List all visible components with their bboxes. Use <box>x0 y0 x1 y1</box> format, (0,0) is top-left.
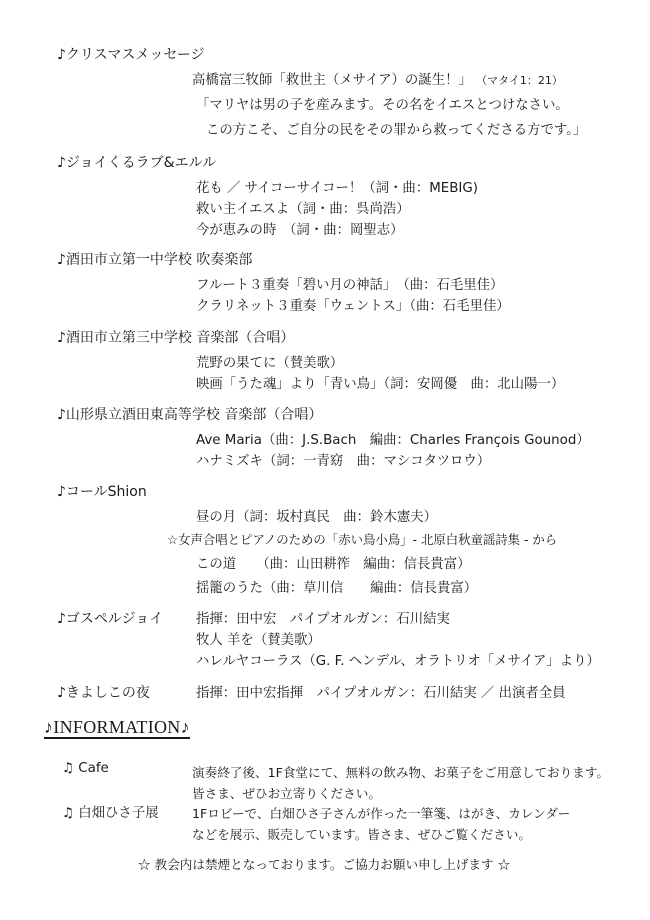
program-item: 映画「うた魂」より「青い鳥」（詞：安岡優 曲：北山陽一） <box>196 373 564 392</box>
section-heading-higashi-high-choir: ♪山形県立酒田東高等学校 音楽部（合唱） <box>57 404 322 424</box>
scripture-quote-line-1: 「マリヤは男の子を産みます。その名をイエスとつけなさい。 <box>196 94 569 113</box>
info-label-cafe: ♫ Cafe <box>62 761 109 776</box>
section-heading-silent-night: ♪きよしこの夜 <box>57 682 150 702</box>
section-heading-christmas-message: ♪クリスマスメッセージ <box>57 44 205 64</box>
program-item: ハナミズキ（詞：一青窈 曲：マシコタツロウ） <box>196 450 490 469</box>
program-item: ハレルヤコーラス（G. F. ヘンデル、オラトリオ「メサイア」より） <box>196 650 600 669</box>
info-text: などを展示、販売しています。皆さま、ぜひご覧ください。 <box>192 824 531 843</box>
scripture-reference: （マタイ1：21） <box>476 74 563 87</box>
conductor-line: 指揮：田中宏 パイプオルガン：石川結実 <box>196 608 450 627</box>
program-item: この道 （曲：山田耕筰 編曲：信長貴富） <box>196 553 471 572</box>
section-heading-gospel-joy: ♪ゴスペルジョイ <box>57 608 163 628</box>
scripture-quote-line-2: この方こそ、ご自分の民をその罪から救ってくださる方です。」 <box>206 119 586 138</box>
info-text: 演奏終了後、1F食堂にて、無料の飲み物、お菓子をご用意しております。 <box>192 762 609 781</box>
program-item: 荒野の果てに（賛美歌） <box>196 352 343 371</box>
info-text: 1Fロビーで、白畑ひさ子さんが作った一筆箋、はがき、カレンダー <box>192 803 570 822</box>
section-heading-daisan-choir: ♪酒田市立第三中学校 音楽部（合唱） <box>57 327 294 347</box>
sermon-title-text: 高橋富三牧師「救世主（メサイア）の誕生！」 <box>192 73 472 88</box>
info-label-exhibition: ♫ 白畑ひさ子展 <box>62 802 159 821</box>
program-item: 昼の月（詞：坂村真民 曲：鈴木憲夫） <box>196 506 437 525</box>
information-title: ♪INFORMATION♪ <box>44 717 190 739</box>
program-item: フルート３重奏「碧い月の神話」 （曲：石毛里佳） <box>196 274 503 293</box>
program-item: クラリネット３重奏「ウェントス」（曲：石毛里佳） <box>196 295 510 314</box>
program-item: Ave Maria（曲：J.S.Bach 編曲：Charles François… <box>196 429 590 448</box>
section-heading-joy-kuru: ♪ジョイくるラブ&エルル <box>57 152 216 172</box>
info-text: 皆さま、ぜひお立寄りください。 <box>192 783 381 802</box>
program-item: 牧人 羊を（賛美歌） <box>196 629 321 648</box>
no-smoking-notice: ☆ 教会内は禁煙となっております。ご協力お願い申し上げます ☆ <box>138 854 510 873</box>
program-item: 揺籠のうた（曲：草川信 編曲：信長貴富） <box>196 577 477 596</box>
suite-note: ☆女声合唱とピアノのための「赤い鳥小鳥」- 北原白秋童謡詩集 - から <box>167 530 557 548</box>
section-heading-chor-shion: ♪コールShion <box>57 481 147 501</box>
program-item: 救い主イエスよ（詞・曲：呉尚浩） <box>196 198 410 217</box>
sermon-title: 高橋富三牧師「救世主（メサイア）の誕生！」 （マタイ1：21） <box>192 69 563 88</box>
section-heading-daiichi-brass: ♪酒田市立第一中学校 吹奏楽部 <box>57 249 252 269</box>
program-item: 今が恵みの時 （詞・曲：岡聖志） <box>196 219 404 238</box>
conductor-line: 指揮：田中宏指揮 パイプオルガン：石川結実 ／ 出演者全員 <box>196 682 566 701</box>
program-item: 花も ／ サイコーサイコー！（詞・曲：MEBIG) <box>196 177 478 196</box>
